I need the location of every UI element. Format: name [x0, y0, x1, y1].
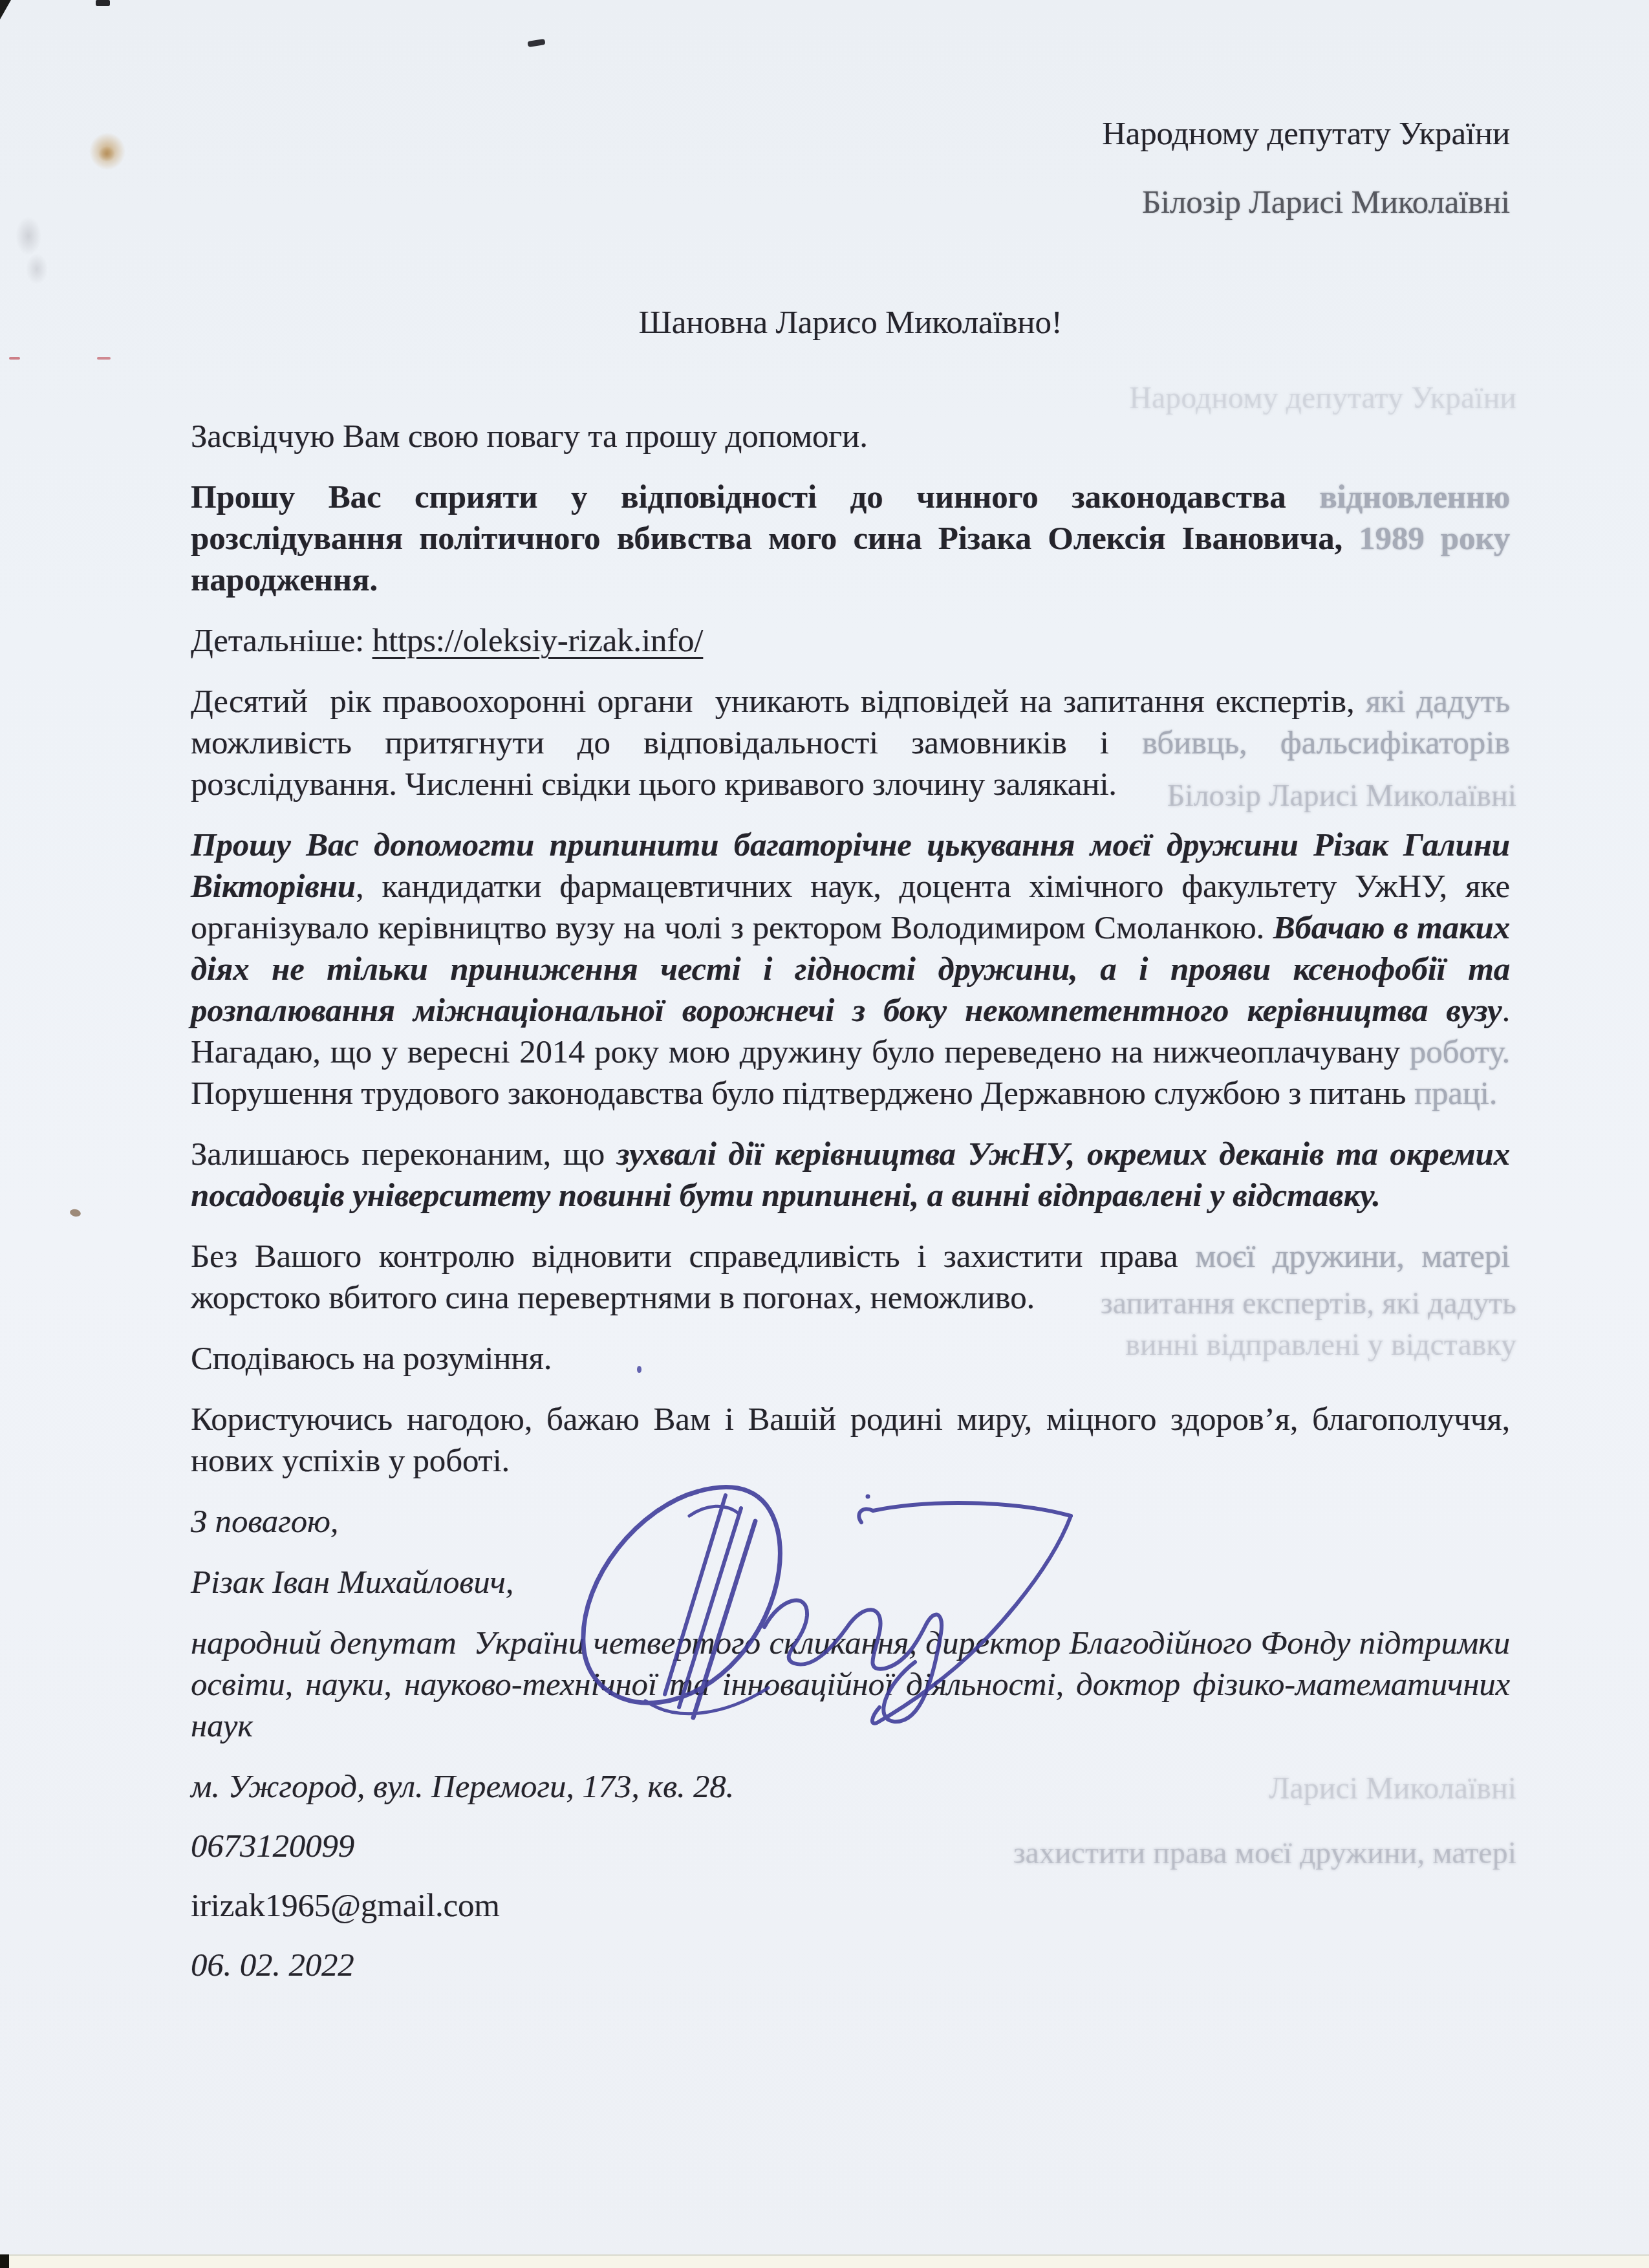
paragraph-respect: Засвідчую Вам свою повагу та прошу допом… [191, 416, 1510, 457]
letter-page: Народному депутату України Білозір Ларис… [0, 0, 1649, 2268]
text-run: відновленню [1319, 479, 1510, 515]
text-run: Прошу Вас сприяти у відповідності до чин… [191, 479, 1319, 515]
sender-phone: 0673120099 [191, 1826, 1510, 1867]
details-label: Детальніше: [191, 623, 372, 659]
text-run: вбивць, фальсифікаторів [1142, 725, 1510, 761]
sender-email: irizak1965@gmail.com [191, 1885, 1510, 1927]
scan-line-artifact [97, 357, 111, 360]
text-run: Десятий рік правоохоронні органи уникают… [191, 684, 1366, 720]
scan-line-artifact [9, 357, 20, 360]
paragraph-details: Детальніше: https://oleksiy-rizak.info/ [191, 620, 1510, 662]
paragraph-conviction: Залишаюсь переконаним, що зухвалі дії ке… [191, 1134, 1510, 1216]
stain-artifact [98, 146, 115, 162]
speck-artifact [69, 1208, 81, 1217]
text-run: Без Вашого контролю відновити справедлив… [191, 1238, 1195, 1275]
signature-image [563, 1454, 1080, 1738]
text-run: Залишаюсь переконаним, що [191, 1136, 617, 1172]
smudge-artifact [26, 254, 48, 285]
text-run: 1989 року [1359, 521, 1510, 557]
scanner-bed-edge [0, 2254, 1649, 2268]
paragraph-control: Без Вашого контролю відновити справедлив… [191, 1236, 1510, 1319]
sender-address: м. Ужгород, вул. Перемоги, 173, кв. 28. [191, 1766, 1510, 1808]
recipient-block: Народному депутату України Білозір Ларис… [191, 113, 1510, 223]
text-run: праці. [1414, 1075, 1497, 1112]
text-run: які дадуть [1366, 684, 1510, 720]
scan-corner-artifact [0, 0, 11, 19]
paragraph-hope: Сподіваюсь на розуміння. [191, 1338, 1510, 1379]
text-run: роботу. [1410, 1034, 1510, 1070]
smudge-artifact [16, 217, 41, 255]
recipient-line-2: Білозір Ларисі Миколаївні [191, 182, 1510, 223]
sender-date: 06. 02. 2022 [191, 1945, 1510, 1986]
scan-edge-artifact [96, 0, 110, 6]
salutation: Шановна Ларисо Миколаївно! [191, 302, 1510, 343]
paragraph-wife: Прошу Вас допомогти припинити багаторічн… [191, 825, 1510, 1114]
details-link[interactable]: https://oleksiy-rizak.info/ [372, 623, 704, 659]
scan-edge-artifact [527, 39, 545, 47]
paragraph-request: Прошу Вас сприяти у відповідності до чин… [191, 477, 1510, 601]
scan-corner-artifact [0, 2254, 9, 2268]
recipient-line-1: Народному депутату України [191, 113, 1510, 155]
paragraph-decade: Десятий рік правоохоронні органи уникают… [191, 681, 1510, 805]
text-run: моєї дружини, матері [1195, 1238, 1510, 1275]
